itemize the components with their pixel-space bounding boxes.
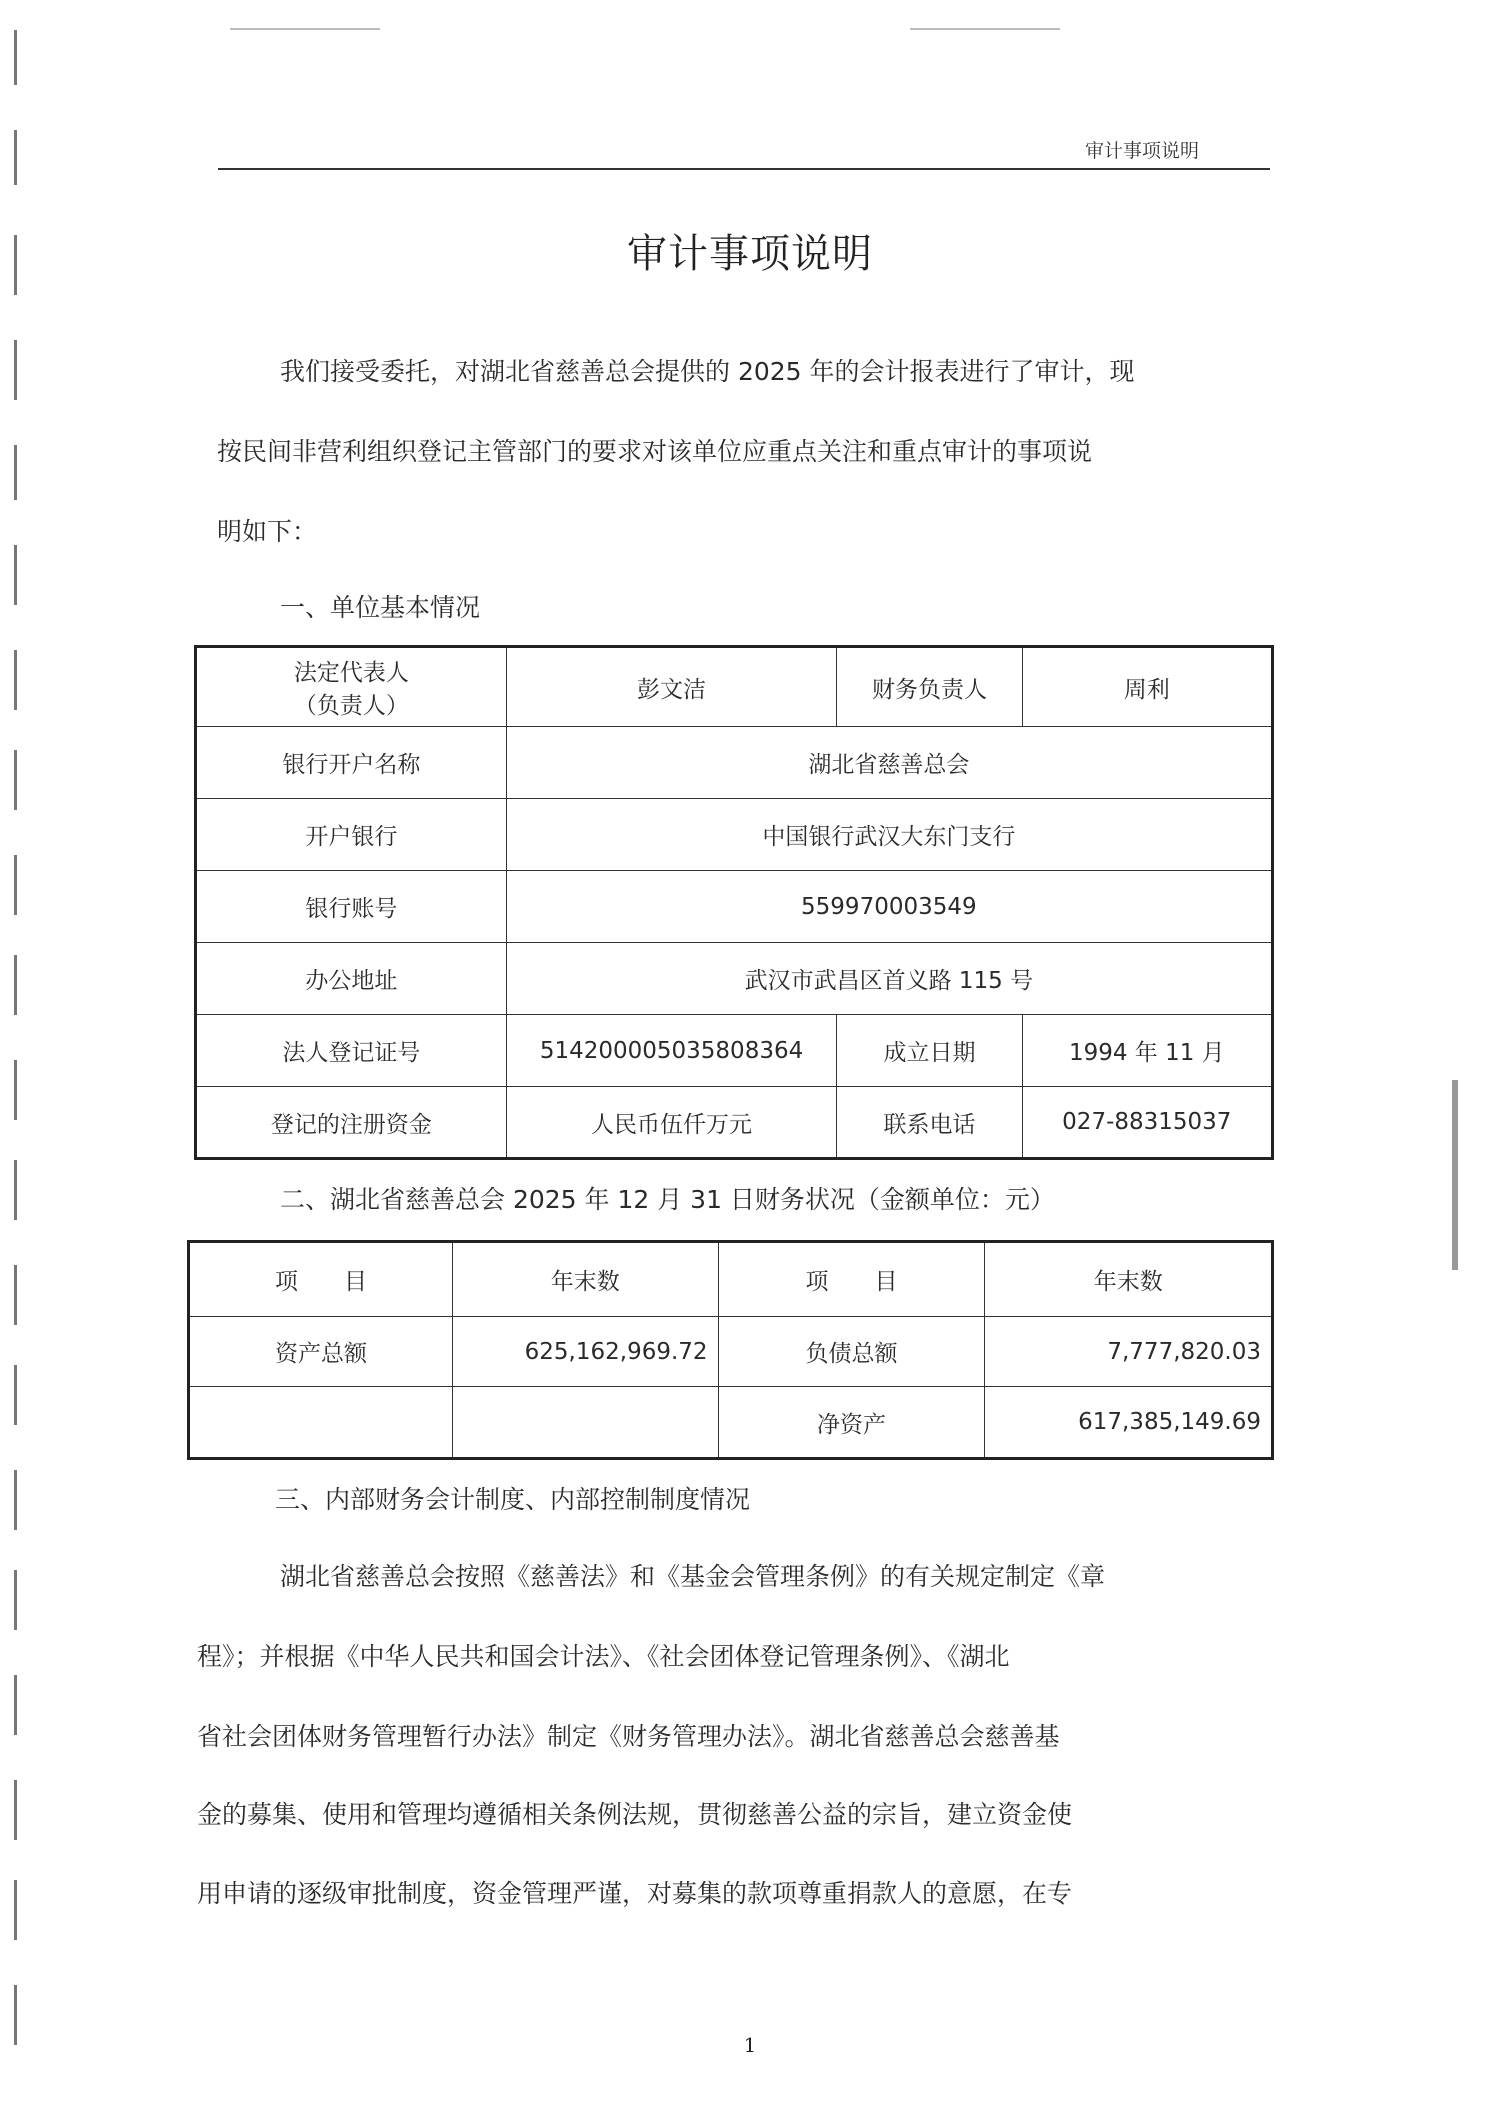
scan-margin-mark xyxy=(14,445,17,500)
cell-label: 登记的注册资金 xyxy=(196,1087,507,1159)
scan-margin-mark xyxy=(14,1060,17,1120)
cell-item xyxy=(189,1387,453,1459)
column-header: 项 目 xyxy=(189,1242,453,1317)
top-scan-mark xyxy=(230,28,380,30)
table-row: 净资产 617,385,149.69 xyxy=(189,1387,1273,1459)
page-number: 1 xyxy=(0,2033,1500,2057)
column-header: 年末数 xyxy=(985,1242,1273,1317)
scan-margin-mark xyxy=(14,650,17,710)
cell-item: 资产总额 xyxy=(189,1317,453,1387)
table-row: 登记的注册资金 人民币伍仟万元 联系电话 027-88315037 xyxy=(196,1087,1273,1159)
scan-margin-mark xyxy=(14,750,17,810)
scan-margin-mark xyxy=(14,130,17,185)
cell-label: 联系电话 xyxy=(837,1087,1022,1159)
cell-label: 法定代表人（负责人） xyxy=(196,647,507,727)
table-row: 法人登记证号 514200005035808364 成立日期 1994 年 11… xyxy=(196,1015,1273,1087)
intro-line: 明如下： xyxy=(217,512,317,548)
body-line: 金的募集、使用和管理均遵循相关条例法规，贯彻慈善公益的宗旨，建立资金使 xyxy=(197,1795,1072,1831)
cell-label: 银行账号 xyxy=(196,871,507,943)
cell-value: 559970003549 xyxy=(506,871,1272,943)
cell-value: 027-88315037 xyxy=(1022,1087,1272,1159)
table-row: 资产总额 625,162,969.72 负债总额 7,777,820.03 xyxy=(189,1317,1273,1387)
scan-margin-mark xyxy=(14,1160,17,1220)
table-row: 办公地址 武汉市武昌区首义路 115 号 xyxy=(196,943,1273,1015)
scan-margin-mark xyxy=(14,1365,17,1425)
column-header: 年末数 xyxy=(452,1242,718,1317)
cell-value: 1994 年 11 月 xyxy=(1022,1015,1272,1087)
cell-amount xyxy=(452,1387,718,1459)
scan-margin-mark xyxy=(14,1570,17,1630)
scan-margin-mark xyxy=(14,1470,17,1530)
running-header: 审计事项说明 xyxy=(1085,136,1199,163)
financial-status-table: 项 目 年末数 项 目 年末数 资产总额 625,162,969.72 负债总额… xyxy=(187,1240,1274,1460)
cell-amount: 617,385,149.69 xyxy=(985,1387,1273,1459)
top-scan-mark xyxy=(910,28,1060,30)
scan-margin-mark xyxy=(14,1780,17,1840)
cell-label: 法人登记证号 xyxy=(196,1015,507,1087)
cell-item: 净资产 xyxy=(718,1387,985,1459)
table-row: 银行账号 559970003549 xyxy=(196,871,1273,943)
scan-margin-mark xyxy=(14,1265,17,1325)
cell-label: 财务负责人 xyxy=(837,647,1022,727)
header-rule xyxy=(218,168,1270,170)
section1-heading: 一、单位基本情况 xyxy=(280,588,480,624)
basic-info-table: 法定代表人（负责人） 彭文洁 财务负责人 周利 银行开户名称 湖北省慈善总会 开… xyxy=(194,645,1274,1160)
cell-value: 514200005035808364 xyxy=(506,1015,837,1087)
body-line: 湖北省慈善总会按照《慈善法》和《基金会管理条例》的有关规定制定《章 xyxy=(280,1557,1105,1593)
section2-heading: 二、湖北省慈善总会 2025 年 12 月 31 日财务状况（金额单位：元） xyxy=(280,1180,1055,1216)
cell-amount: 7,777,820.03 xyxy=(985,1317,1273,1387)
table-header-row: 项 目 年末数 项 目 年末数 xyxy=(189,1242,1273,1317)
body-line: 省社会团体财务管理暂行办法》制定《财务管理办法》。湖北省慈善总会慈善基 xyxy=(197,1717,1060,1753)
table-row: 开户银行 中国银行武汉大东门支行 xyxy=(196,799,1273,871)
scan-margin-mark xyxy=(14,30,17,85)
cell-item: 负债总额 xyxy=(718,1317,985,1387)
cell-value: 湖北省慈善总会 xyxy=(506,727,1272,799)
scan-margin-mark xyxy=(14,855,17,915)
cell-value: 中国银行武汉大东门支行 xyxy=(506,799,1272,871)
body-line: 用申请的逐级审批制度，资金管理严谨，对募集的款项尊重捐款人的意愿，在专 xyxy=(197,1874,1072,1910)
cell-amount: 625,162,969.72 xyxy=(452,1317,718,1387)
cell-label: 银行开户名称 xyxy=(196,727,507,799)
table-row: 银行开户名称 湖北省慈善总会 xyxy=(196,727,1273,799)
body-line: 程》；并根据《中华人民共和国会计法》、《社会团体登记管理条例》、《湖北 xyxy=(197,1637,1010,1673)
intro-line: 按民间非营利组织登记主管部门的要求对该单位应重点关注和重点审计的事项说 xyxy=(217,432,1092,468)
cell-label: 成立日期 xyxy=(837,1015,1022,1087)
scan-margin-mark xyxy=(14,1675,17,1735)
page-title: 审计事项说明 xyxy=(0,222,1500,279)
section3-heading: 三、内部财务会计制度、内部控制制度情况 xyxy=(275,1480,750,1516)
cell-value: 人民币伍仟万元 xyxy=(506,1087,837,1159)
column-header: 项 目 xyxy=(718,1242,985,1317)
cell-label: 开户银行 xyxy=(196,799,507,871)
scan-margin-mark xyxy=(14,1880,17,1940)
scan-margin-mark xyxy=(14,545,17,605)
table-row: 法定代表人（负责人） 彭文洁 财务负责人 周利 xyxy=(196,647,1273,727)
cell-value: 彭文洁 xyxy=(506,647,837,727)
intro-line: 我们接受委托，对湖北省慈善总会提供的 2025 年的会计报表进行了审计，现 xyxy=(280,352,1135,388)
cell-value: 周利 xyxy=(1022,647,1272,727)
scan-margin-mark xyxy=(14,955,17,1015)
scan-margin-mark xyxy=(14,340,17,400)
cell-label: 办公地址 xyxy=(196,943,507,1015)
cell-value: 武汉市武昌区首义路 115 号 xyxy=(506,943,1272,1015)
scan-edge-mark xyxy=(1452,1080,1458,1270)
